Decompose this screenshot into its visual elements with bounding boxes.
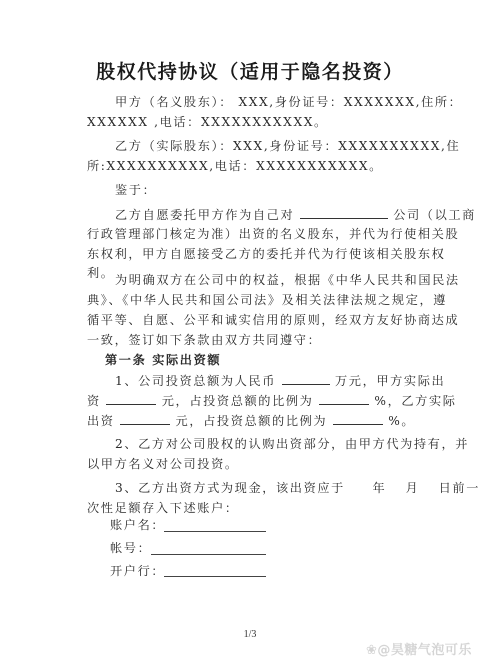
whereas-line1: 乙方自愿委托甲方作为自己对 公司（以工商 [115,207,413,222]
whereas-line1-pre: 乙方自愿委托甲方作为自己对 [115,208,294,222]
clause2-line2: 以甲方名义对公司投资。 [87,457,413,471]
whereas-line1-post: 公司（以工商 [393,208,476,222]
account-name-field[interactable] [164,531,266,532]
watermark: ❀@昊糖气泡可乐 [366,639,472,658]
purpose-line4: 一致，签订如下条款由双方共同遵守： [87,333,413,347]
party-a-line1: 甲方（名义股东）： XXX,身份证号：XXXXXXX,住所： [115,95,413,109]
account-number-label: 帐号： [110,541,408,555]
total-investment-blank[interactable] [282,373,330,385]
party-b-line2: 所:XXXXXXXXXX,电话：XXXXXXXXXXX。 [87,159,413,173]
document-page: 股权代持协议（适用于隐名投资） 甲方（名义股东）： XXX,身份证号：XXXXX… [0,0,500,667]
whereas-label: 鉴于： [115,183,413,197]
document-title: 股权代持协议（适用于隐名投资） [0,57,500,84]
party-a-ratio-blank[interactable] [319,393,369,405]
party-a-amount-blank[interactable] [106,393,156,405]
purpose-line3: 循平等、自愿、公平和诚实信用的原则，经双方友好协商达成 [87,313,413,327]
clause1-l2-mid: 元，占投资总额的比例为 [162,394,314,408]
clause1-l2-pre: 资 [87,394,101,408]
purpose-line2: 典》、《中华人民共和国公司法》及相关法律法规之规定，遵 [87,293,413,307]
whereas-line3: 东权利，甲方自愿接受乙方的委托并代为行使该相关股东权 [87,247,413,261]
clause1-line3: 出资 元，占投资总额的比例为 %。 [87,413,413,428]
clause1-l3-pre: 出资 [87,414,115,428]
bank-field[interactable] [164,576,266,577]
clause1-line1: 1、公司投资总额为人民币 万元，甲方实际出 [115,373,413,388]
company-name-blank[interactable] [300,207,388,219]
clause1-l1-pre: 1、公司投资总额为人民币 [115,374,276,388]
account-number-field[interactable] [151,554,266,555]
clause1-line2: 资 元，占投资总额的比例为 %，乙方实际 [87,393,413,408]
purpose-line1: 为明确双方在公司中的权益，根据《中华人民共和国民法 [115,273,413,287]
clause1-l1-post: 万元，甲方实际出 [335,374,445,388]
party-a-line2: XXXXXX ,电话：XXXXXXXXXXX。 [87,115,413,129]
clause1-l2-post: %，乙方实际 [374,394,456,408]
party-b-amount-blank[interactable] [120,413,170,425]
party-b-line1: 乙方（实际股东）：XXX,身份证号：XXXXXXXXXX,住 [115,139,413,153]
clause2-line1: 2、乙方对公司股权的认购出资部分，由甲方代为持有，并 [115,437,413,451]
clause1-l3-post: %。 [388,414,415,428]
clause3-line1: 3、乙方出资方式为现金，该出资应于 年 月 日前一 [115,481,413,495]
clause3-line2: 次性足额存入下述账户： [87,501,413,515]
whereas-line2: 行政管理部门核定为准）出资的名义股东，并代为行使相关股 [87,227,413,241]
account-name-label: 账户名： [110,518,408,532]
article1-heading: 第一条 实际出资额 [105,353,403,367]
clause1-l3-mid: 元，占投资总额的比例为 [176,414,328,428]
party-b-ratio-blank[interactable] [333,413,383,425]
